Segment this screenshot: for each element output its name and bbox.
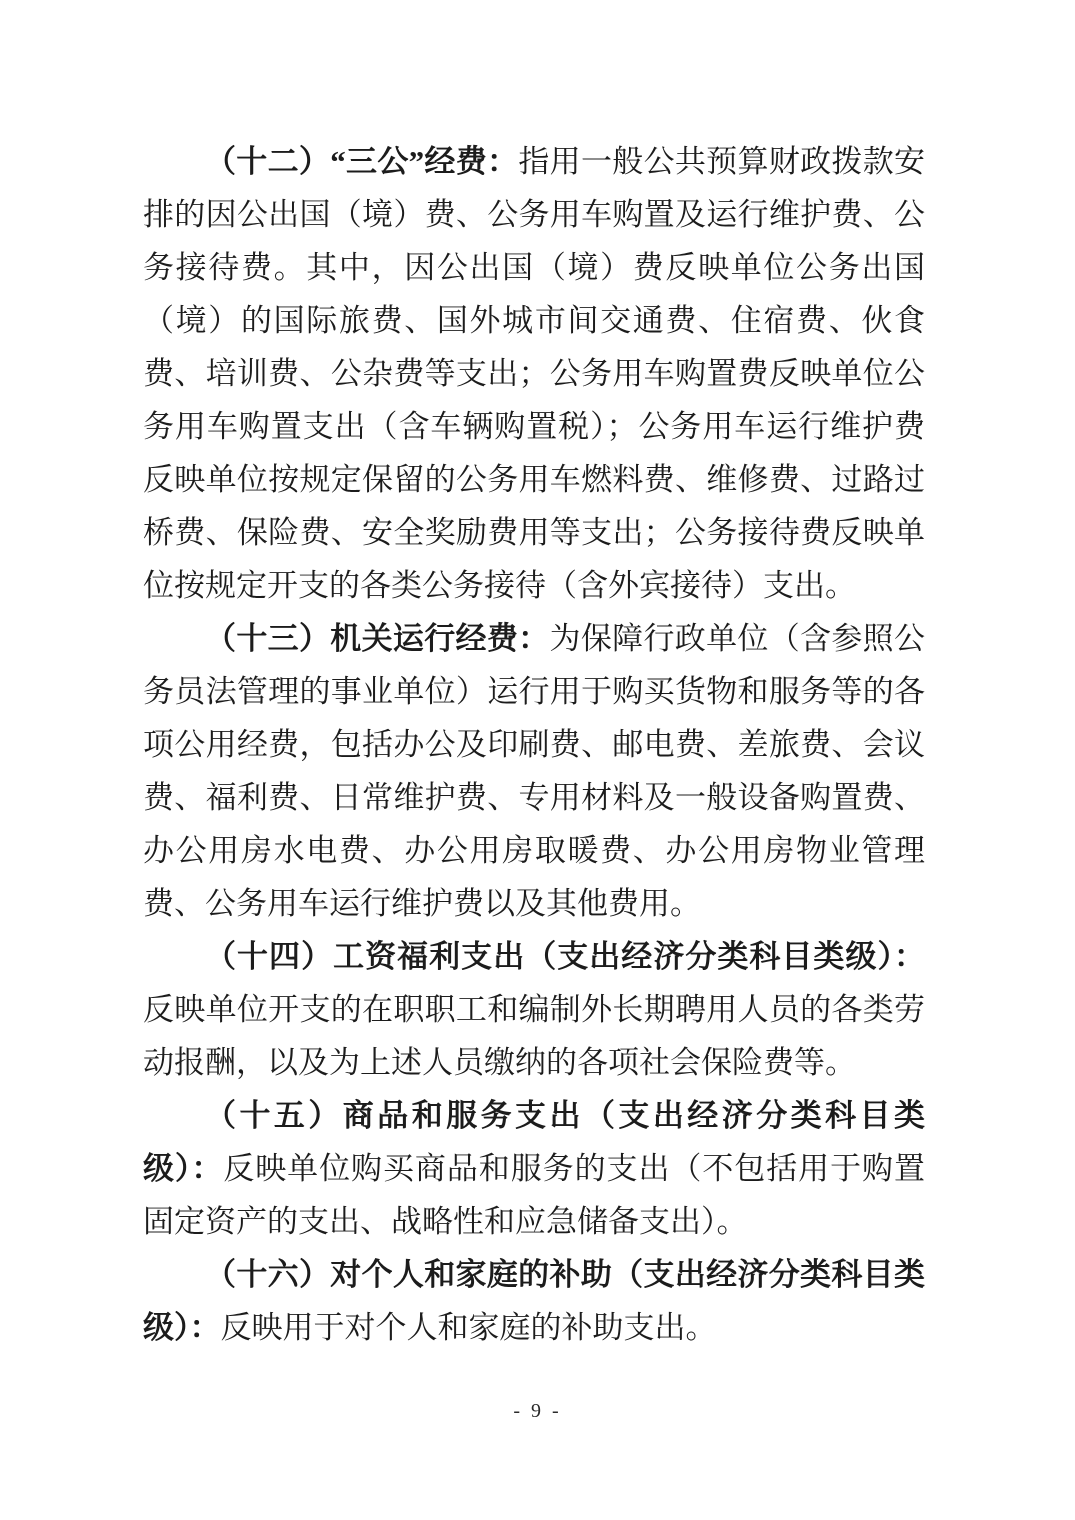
paragraph-text: 反映单位购买商品和服务的支出（不包括用于购置固定资产的支出、战略性和应急储备支出… bbox=[143, 1151, 925, 1239]
document-body: （十二）“三公”经费：指用一般公共预算财政拨款安排的因公出国（境）费、公务用车购… bbox=[143, 135, 925, 1354]
paragraph: （十四）工资福利支出（支出经济分类科目类级）：反映单位开支的在职职工和编制外长期… bbox=[143, 930, 925, 1089]
term-label: （十二）“三公”经费： bbox=[205, 144, 518, 179]
paragraph: （十二）“三公”经费：指用一般公共预算财政拨款安排的因公出国（境）费、公务用车购… bbox=[143, 135, 925, 612]
paragraph: （十五）商品和服务支出（支出经济分类科目类级）：反映单位购买商品和服务的支出（不… bbox=[143, 1089, 925, 1248]
paragraph-text: 反映单位开支的在职职工和编制外长期聘用人员的各类劳动报酬，以及为上述人员缴纳的各… bbox=[143, 992, 925, 1080]
paragraph: （十六）对个人和家庭的补助（支出经济分类科目类级）：反映用于对个人和家庭的补助支… bbox=[143, 1248, 925, 1354]
document-page: （十二）“三公”经费：指用一般公共预算财政拨款安排的因公出国（境）费、公务用车购… bbox=[0, 0, 1075, 1520]
page-number: - 9 - bbox=[0, 1400, 1075, 1423]
term-label: （十三）机关运行经费： bbox=[205, 621, 550, 656]
paragraph-text: 为保障行政单位（含参照公务员法管理的事业单位）运行用于购买货物和服务等的各项公用… bbox=[143, 621, 925, 921]
paragraph-text: 反映用于对个人和家庭的补助支出。 bbox=[221, 1310, 717, 1345]
paragraph-text: 指用一般公共预算财政拨款安排的因公出国（境）费、公务用车购置及运行维护费、公务接… bbox=[143, 144, 925, 603]
paragraph: （十三）机关运行经费：为保障行政单位（含参照公务员法管理的事业单位）运行用于购买… bbox=[143, 612, 925, 930]
term-label: （十四）工资福利支出（支出经济分类科目类级）： bbox=[205, 939, 925, 974]
